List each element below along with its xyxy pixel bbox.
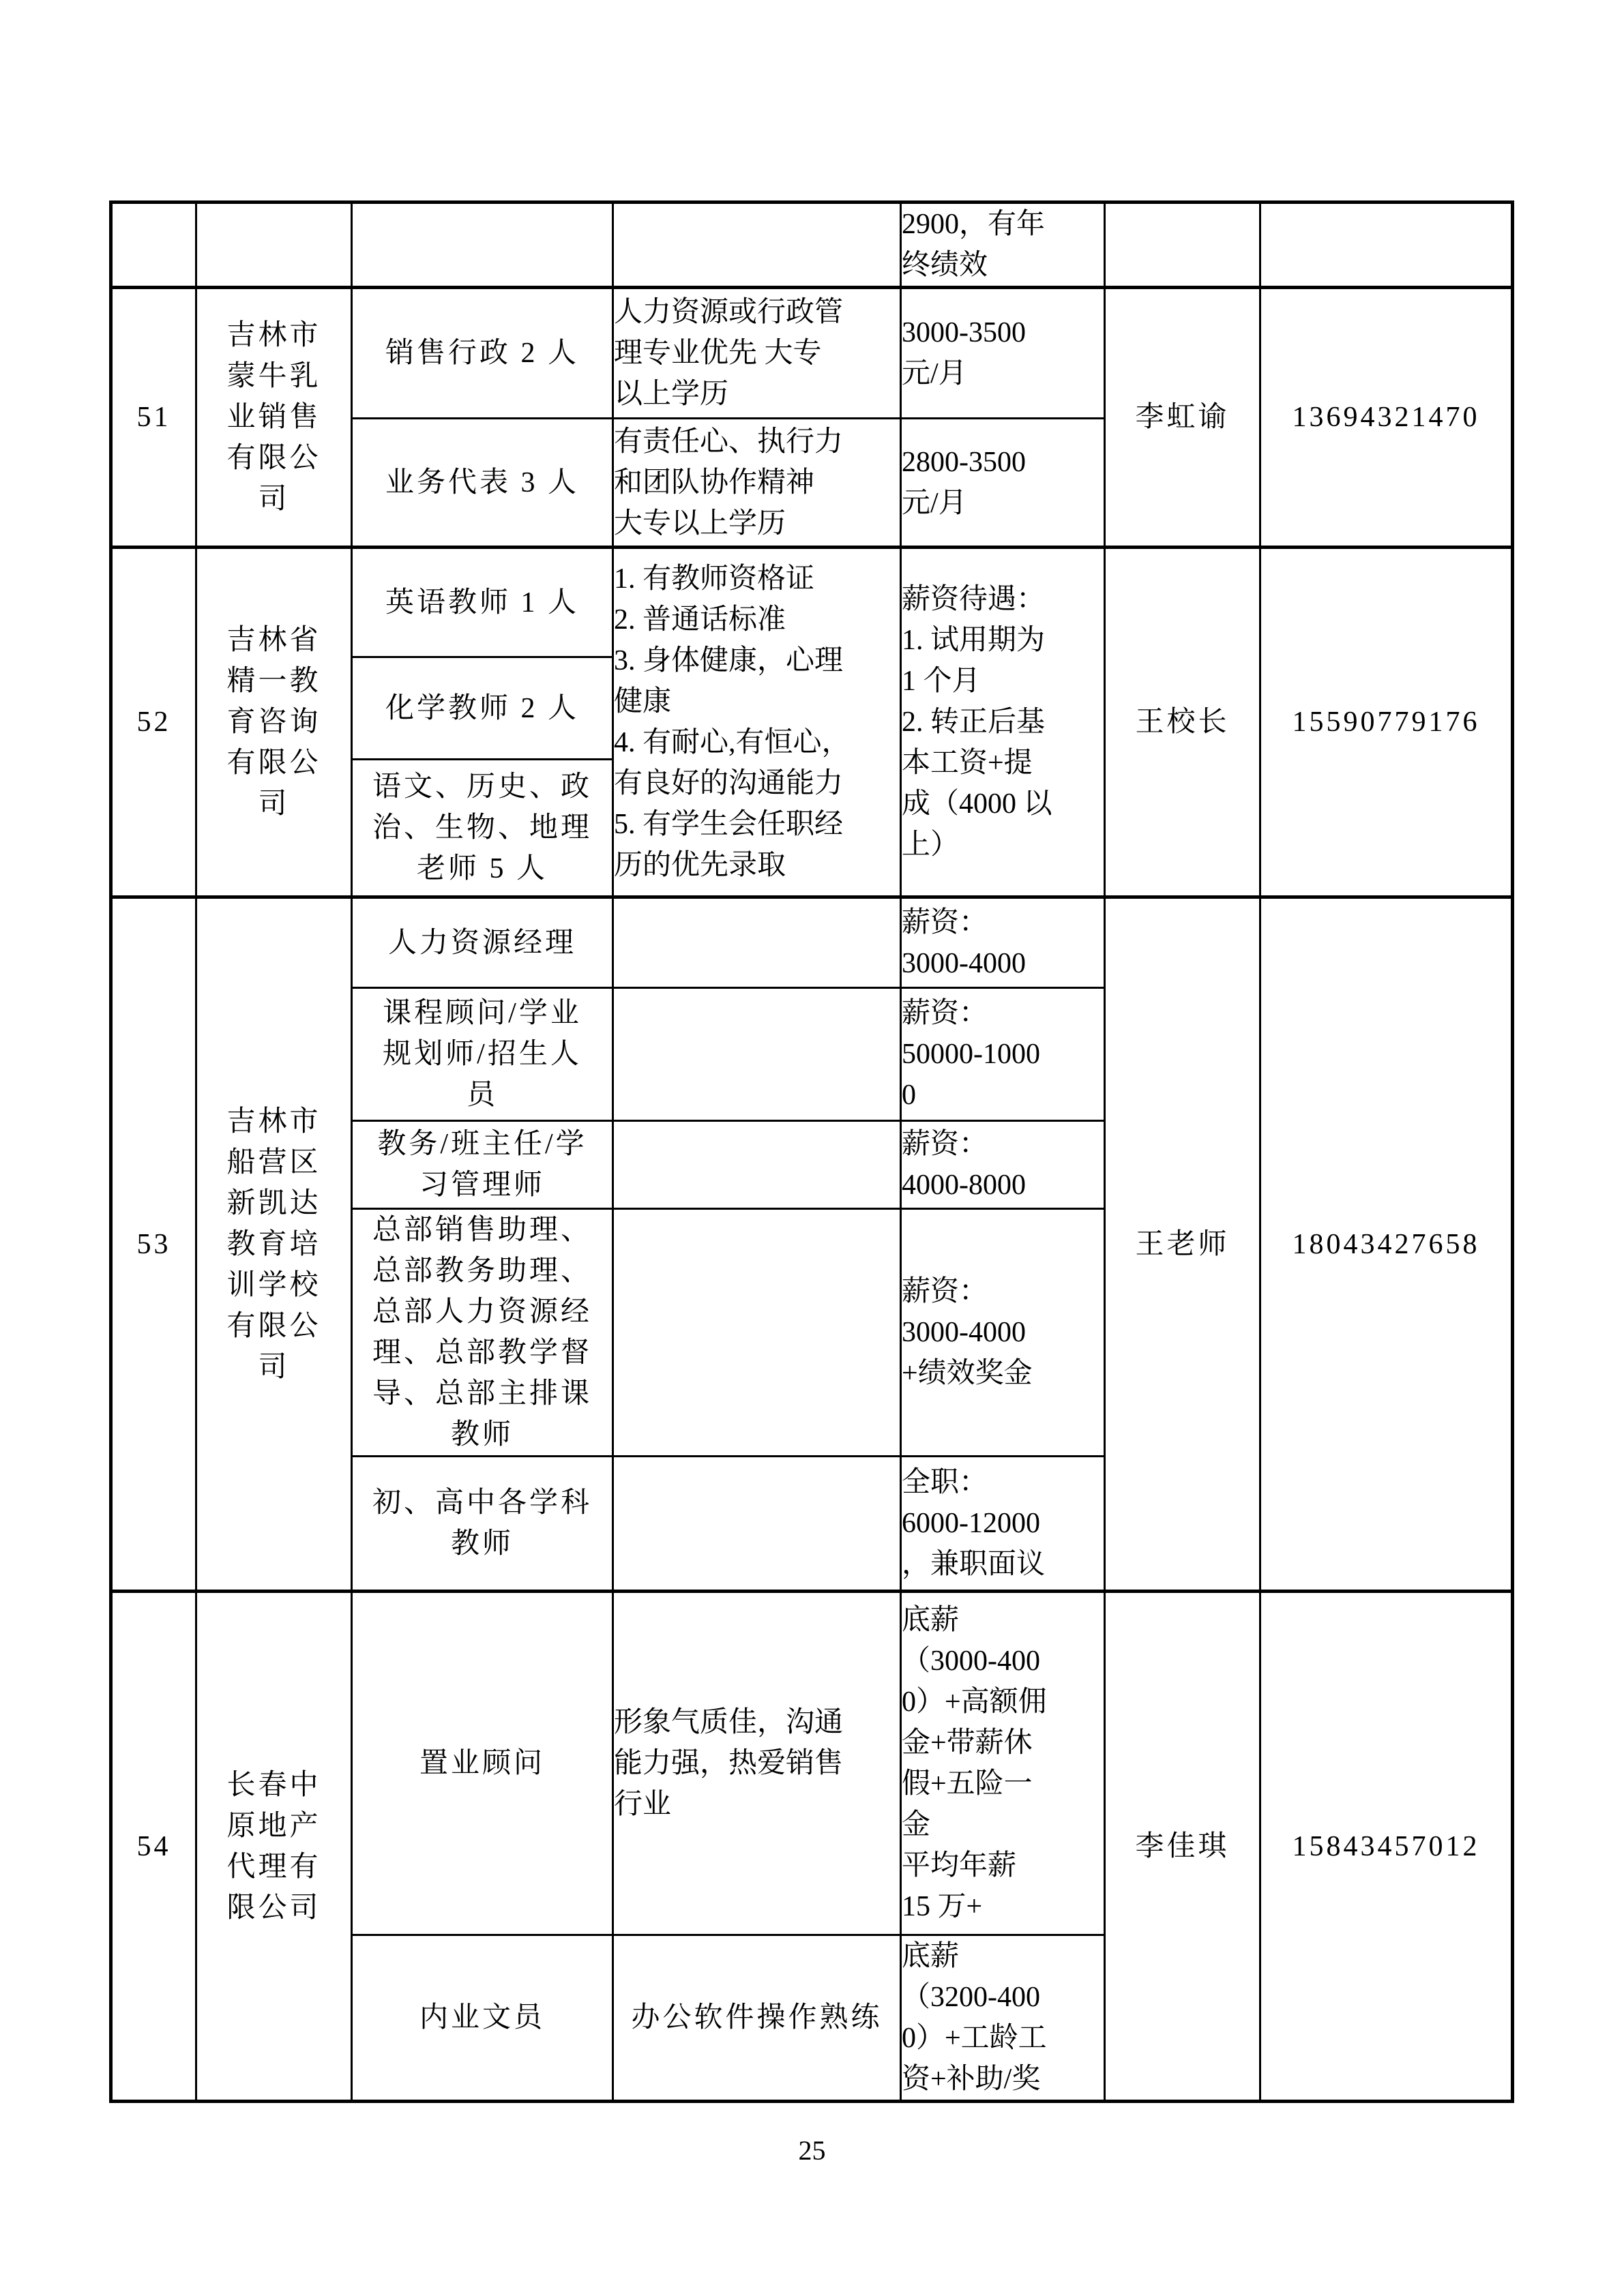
requirements-cell: 人力资源或行政管 理专业优先 大专 以上学历: [613, 288, 901, 419]
table-row: 53 吉林市 船营区 新凯达 教育培 训学校 有限公 司 人力资源经理 薪资： …: [111, 897, 1513, 988]
empty-cell: [1260, 203, 1513, 288]
empty-cell: [196, 203, 352, 288]
position-cell: 教务/班主任/学 习管理师: [352, 1121, 613, 1209]
requirements-cell: 办公软件操作熟练: [613, 1935, 901, 2102]
salary-cell: 薪资： 50000-1000 0: [901, 988, 1105, 1121]
requirements-cell: [613, 1209, 901, 1457]
empty-cell: [111, 203, 196, 288]
salary-cell: 全职： 6000-12000 ，兼职面议: [901, 1457, 1105, 1592]
position-cell: 置业顾问: [352, 1592, 613, 1935]
page-number: 25: [0, 2134, 1624, 2167]
position-cell: 总部销售助理、 总部教务助理、 总部人力资源经 理、总部教学督 导、总部主排课 …: [352, 1209, 613, 1457]
position-cell: 业务代表 3 人: [352, 419, 613, 548]
requirements-cell: 有责任心、执行力 和团队协作精神 大专以上学历: [613, 419, 901, 548]
phone-cell: 15590779176: [1260, 548, 1513, 897]
row-number-cell: 51: [111, 288, 196, 548]
phone-cell: 15843457012: [1260, 1592, 1513, 2102]
contact-cell: 王老师: [1105, 897, 1260, 1592]
phone-cell: 18043427658: [1260, 897, 1513, 1592]
requirements-cell: 形象气质佳，沟通 能力强，热爱销售 行业: [613, 1592, 901, 1935]
salary-cell: 3000-3500 元/月: [901, 288, 1105, 419]
row-number-cell: 54: [111, 1592, 196, 2102]
table-row: 52 吉林省 精一教 育咨询 有限公 司 英语教师 1 人 1. 有教师资格证 …: [111, 548, 1513, 657]
requirements-cell: [613, 1121, 901, 1209]
contact-cell: 王校长: [1105, 548, 1260, 897]
empty-cell: [1105, 203, 1260, 288]
contact-cell: 李佳琪: [1105, 1592, 1260, 2102]
job-listings-table: 2900，有年 终绩效 51 吉林市 蒙牛乳 业销售 有限公 司 销售行政 2 …: [109, 200, 1514, 2103]
row-number-cell: 53: [111, 897, 196, 1592]
requirements-cell: [613, 897, 901, 988]
salary-cell: 薪资待遇： 1. 试用期为 1 个月 2. 转正后基 本工资+提 成（4000 …: [901, 548, 1105, 897]
company-cell: 吉林市 蒙牛乳 业销售 有限公 司: [196, 288, 352, 548]
salary-cell: 薪资： 3000-4000 +绩效奖金: [901, 1209, 1105, 1457]
salary-cell: 薪资： 3000-4000: [901, 897, 1105, 988]
table-row: 51 吉林市 蒙牛乳 业销售 有限公 司 销售行政 2 人 人力资源或行政管 理…: [111, 288, 1513, 419]
position-cell: 化学教师 2 人: [352, 657, 613, 760]
position-cell: 内业文员: [352, 1935, 613, 2102]
requirements-cell: [613, 1457, 901, 1592]
salary-cell: 2900，有年 终绩效: [901, 203, 1105, 288]
position-cell: 初、高中各学科 教师: [352, 1457, 613, 1592]
position-cell: 英语教师 1 人: [352, 548, 613, 657]
position-cell: 课程顾问/学业 规划师/招生人 员: [352, 988, 613, 1121]
position-cell: 人力资源经理: [352, 897, 613, 988]
salary-cell: 薪资： 4000-8000: [901, 1121, 1105, 1209]
company-cell: 吉林省 精一教 育咨询 有限公 司: [196, 548, 352, 897]
empty-cell: [613, 203, 901, 288]
table-row: 54 长春中 原地产 代理有 限公司 置业顾问 形象气质佳，沟通 能力强，热爱销…: [111, 1592, 1513, 1935]
company-cell: 长春中 原地产 代理有 限公司: [196, 1592, 352, 2102]
document-page: 2900，有年 终绩效 51 吉林市 蒙牛乳 业销售 有限公 司 销售行政 2 …: [0, 0, 1624, 2296]
requirements-cell: 1. 有教师资格证 2. 普通话标准 3. 身体健康，心理 健康 4. 有耐心,…: [613, 548, 901, 897]
empty-cell: [352, 203, 613, 288]
requirements-cell: [613, 988, 901, 1121]
company-cell: 吉林市 船营区 新凯达 教育培 训学校 有限公 司: [196, 897, 352, 1592]
table-row: 2900，有年 终绩效: [111, 203, 1513, 288]
phone-cell: 13694321470: [1260, 288, 1513, 548]
salary-cell: 2800-3500 元/月: [901, 419, 1105, 548]
contact-cell: 李虹谕: [1105, 288, 1260, 548]
position-cell: 语文、历史、政 治、生物、地理 老师 5 人: [352, 760, 613, 897]
row-number-cell: 52: [111, 548, 196, 897]
position-cell: 销售行政 2 人: [352, 288, 613, 419]
salary-cell: 底薪 （3200-400 0）+工龄工 资+补助/奖: [901, 1935, 1105, 2102]
salary-cell: 底薪 （3000-400 0）+高额佣 金+带薪休 假+五险一 金 平均年薪 1…: [901, 1592, 1105, 1935]
